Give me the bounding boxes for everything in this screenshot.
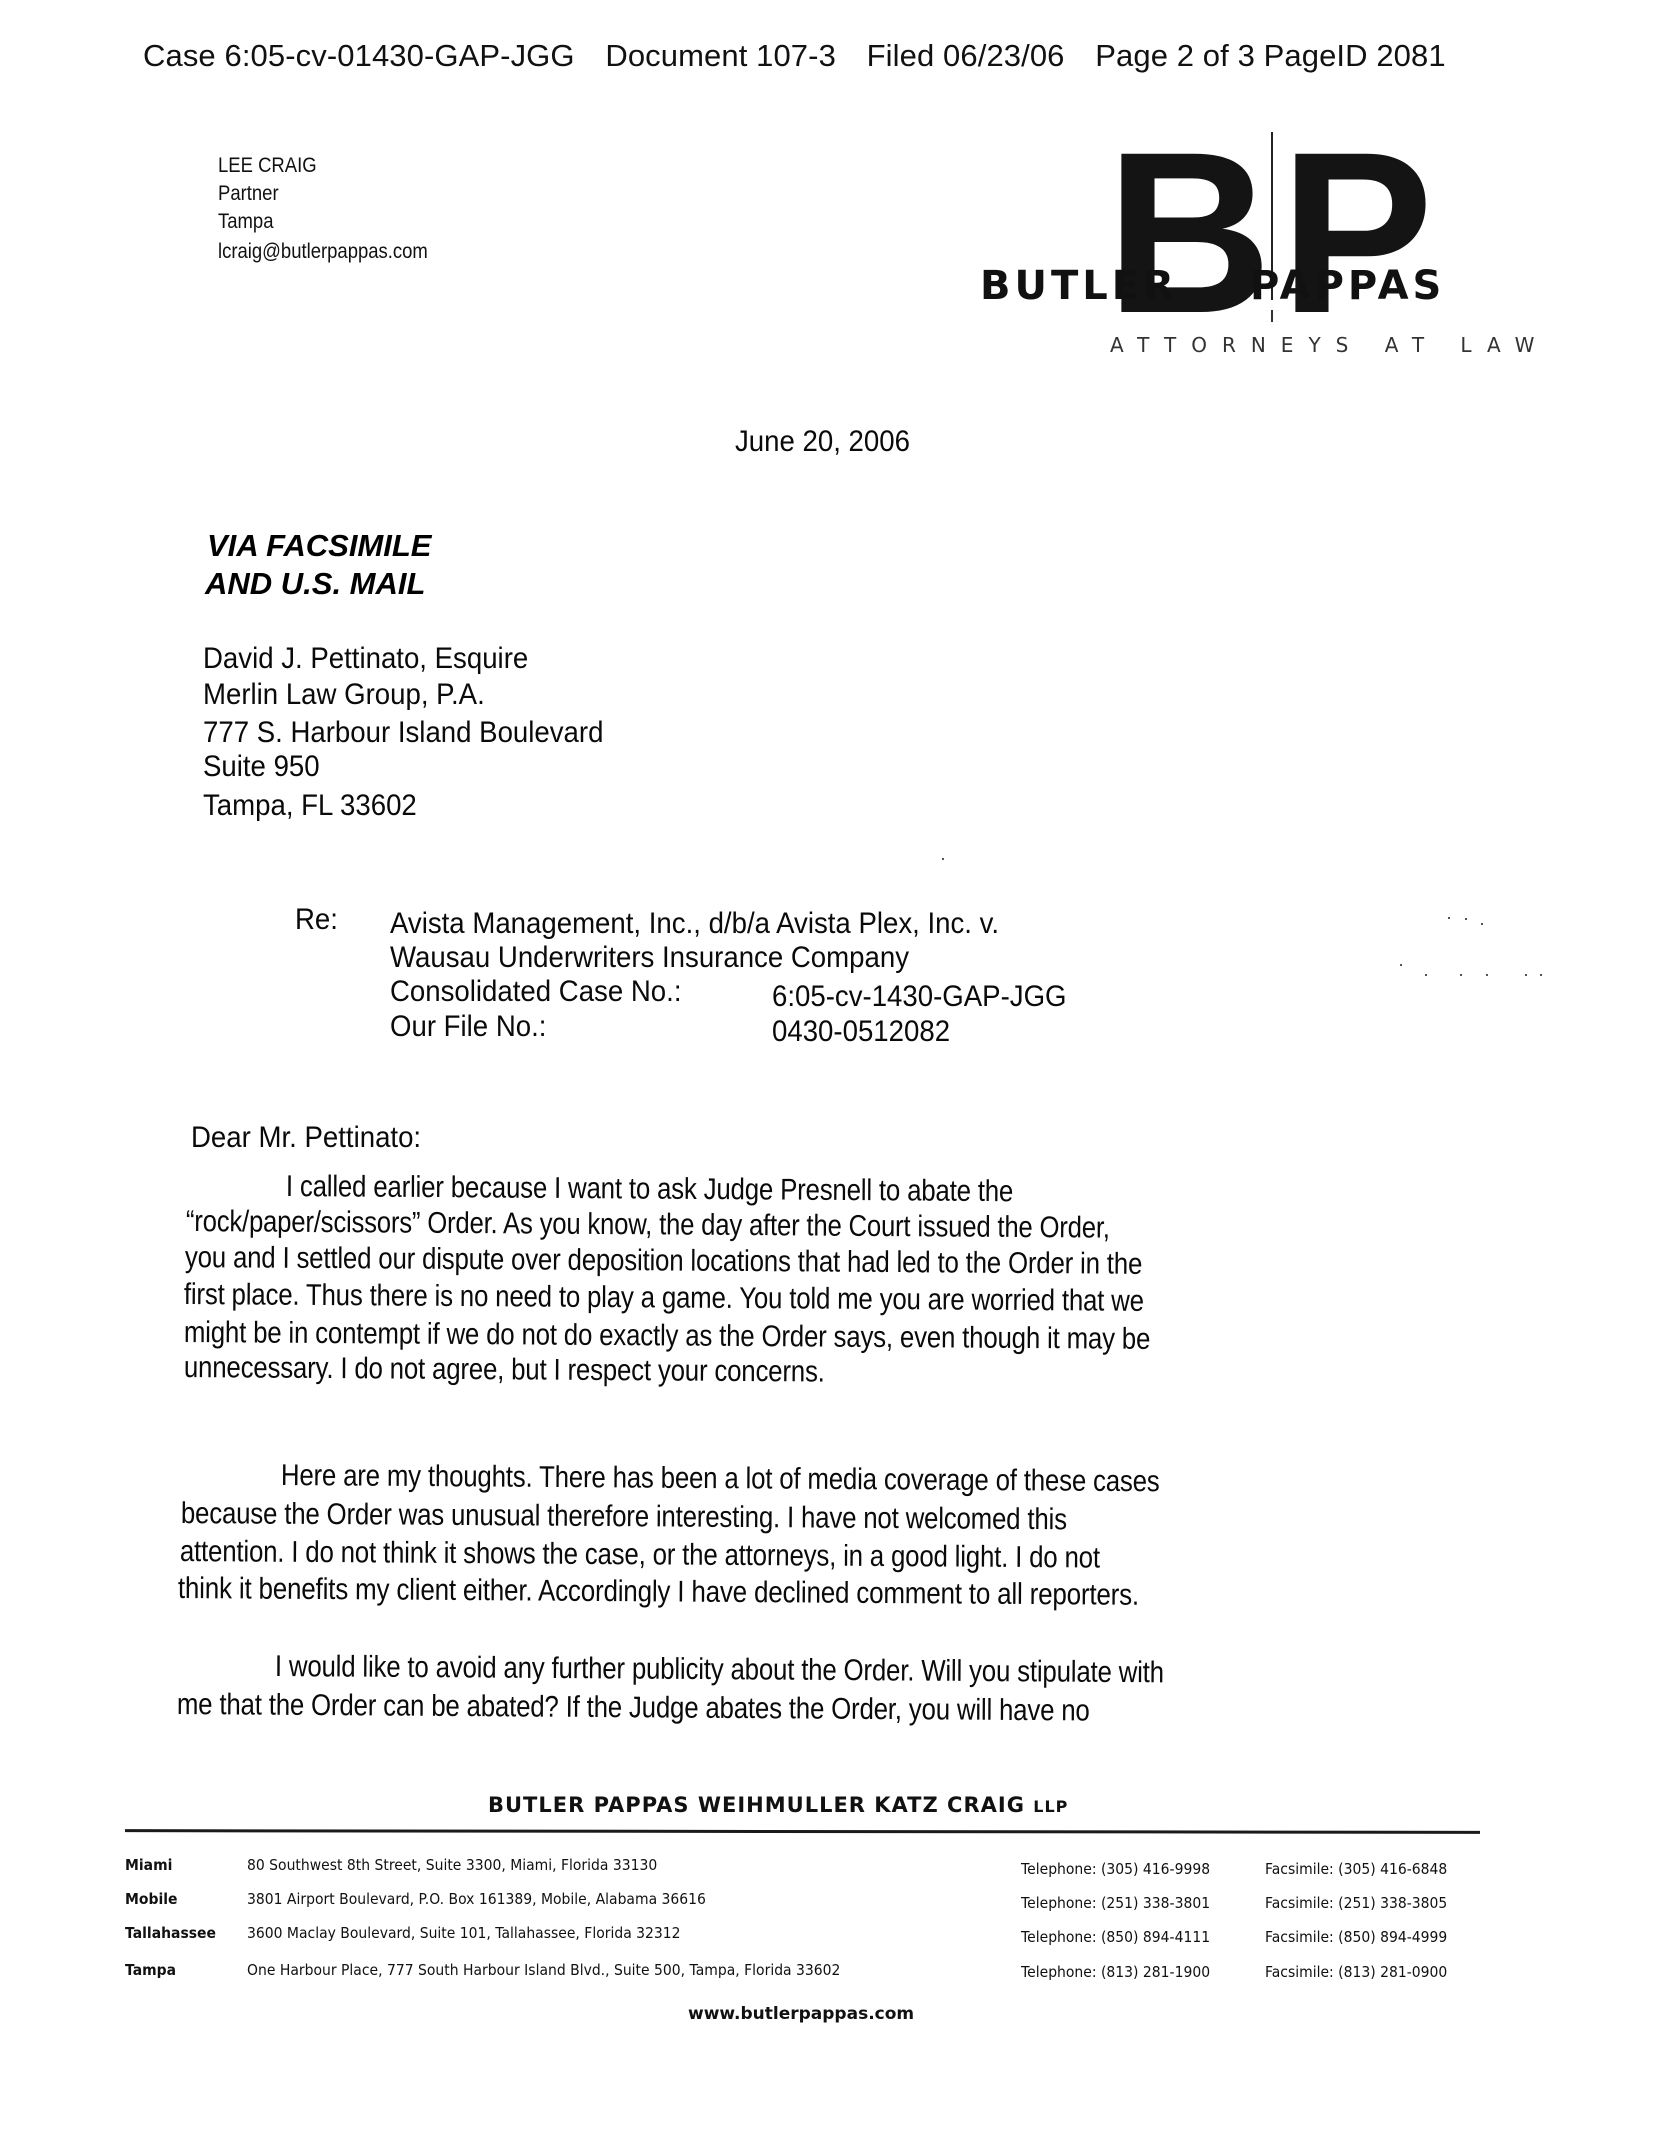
salutation: Dear Mr. Pettinato: xyxy=(191,1121,421,1155)
logo-initial-b: B xyxy=(1106,118,1272,348)
sender-title: Partner xyxy=(218,182,279,206)
delivery-method-1: VIA FACSIMILE xyxy=(207,528,431,564)
logo-word-left-text: BUTLER xyxy=(980,263,1178,309)
file-number-value: 0430-0512082 xyxy=(772,1015,950,1049)
recipient-line: Suite 950 xyxy=(203,750,320,784)
office-city: Miami xyxy=(125,1856,172,1874)
logo-word-left: BUTLER xyxy=(980,263,1178,309)
case-number: Case 6:05-cv-01430-GAP-JGG xyxy=(143,38,575,73)
letter-date: June 20, 2006 xyxy=(735,425,910,459)
paragraph-line: think it benefits my client either. Acco… xyxy=(178,1572,1139,1613)
office-facsimile: Facsimile: (305) 416-6848 xyxy=(1265,1860,1447,1878)
scan-speck xyxy=(1460,974,1462,976)
office-facsimile: Facsimile: (251) 338-3805 xyxy=(1265,1894,1447,1912)
scan-speck xyxy=(1425,974,1427,976)
recipient-line: Merlin Law Group, P.A. xyxy=(203,678,485,712)
footer-firm-name: BUTLER PAPPAS WEIHMULLER KATZ CRAIG LLP xyxy=(488,1793,1068,1817)
office-city: Tampa xyxy=(125,1961,176,1979)
office-address: 80 Southwest 8th Street, Suite 3300, Mia… xyxy=(247,1856,657,1874)
document-number: Document 107-3 xyxy=(605,38,836,73)
scan-speck xyxy=(1525,974,1527,976)
office-facsimile: Facsimile: (813) 281-0900 xyxy=(1265,1963,1447,1981)
firm-name-text: BUTLER PAPPAS WEIHMULLER KATZ CRAIG xyxy=(488,1793,1025,1817)
firm-suffix-text: LLP xyxy=(1033,1797,1068,1816)
sender-office: Tampa xyxy=(218,210,273,234)
paragraph-line: I would like to avoid any further public… xyxy=(275,1650,1164,1690)
footer-divider xyxy=(125,1829,1480,1834)
scan-speck xyxy=(942,858,944,860)
filed-date: Filed 06/23/06 xyxy=(867,38,1065,73)
paragraph-line: “rock/paper/scissors” Order. As you know… xyxy=(186,1205,1110,1246)
court-filing-header: Case 6:05-cv-01430-GAP-JGG Document 107-… xyxy=(143,38,1446,74)
paragraph-line: you and I settled our dispute over depos… xyxy=(185,1241,1142,1282)
office-telephone: Telephone: (305) 416-9998 xyxy=(1021,1860,1210,1878)
logo-word-right: PAPPAS xyxy=(1250,263,1445,309)
firm-website: www.butlerpappas.com xyxy=(688,2004,914,2024)
sender-name: LEE CRAIG xyxy=(218,154,317,178)
office-telephone: Telephone: (813) 281-1900 xyxy=(1021,1963,1210,1981)
paragraph-line: me that the Order can be abated? If the … xyxy=(177,1688,1090,1728)
office-city: Tallahassee xyxy=(125,1924,216,1942)
re-label: Re: xyxy=(295,903,338,937)
logo-divider-tick xyxy=(1271,310,1273,322)
office-facsimile: Facsimile: (850) 894-4999 xyxy=(1265,1928,1447,1946)
office-telephone: Telephone: (251) 338-3801 xyxy=(1021,1894,1210,1912)
scan-speck xyxy=(1448,917,1450,919)
office-telephone: Telephone: (850) 894-4111 xyxy=(1021,1928,1210,1946)
re-parties-line-1: Avista Management, Inc., d/b/a Avista Pl… xyxy=(390,907,999,941)
delivery-method-2: AND U.S. MAIL xyxy=(205,566,425,602)
paragraph-line: attention. I do not think it shows the c… xyxy=(180,1535,1100,1576)
case-number-value: 6:05-cv-1430-GAP-JGG xyxy=(772,980,1067,1014)
scan-speck xyxy=(1465,918,1467,920)
paragraph-line: first place. Thus there is no need to pl… xyxy=(184,1278,1144,1319)
recipient-line: 777 S. Harbour Island Boulevard xyxy=(203,716,603,750)
scan-speck xyxy=(1400,964,1402,966)
office-address: 3801 Airport Boulevard, P.O. Box 161389,… xyxy=(247,1890,706,1908)
re-parties-line-2: Wausau Underwriters Insurance Company xyxy=(390,941,909,975)
office-address: One Harbour Place, 777 South Harbour Isl… xyxy=(247,1961,840,1979)
file-number-label: Our File No.: xyxy=(390,1010,546,1044)
page-info: Page 2 of 3 PageID 2081 xyxy=(1095,38,1445,73)
paragraph-line: Here are my thoughts. There has been a l… xyxy=(281,1459,1160,1499)
office-city: Mobile xyxy=(125,1890,177,1908)
logo-tagline: ATTORNEYS AT LAW xyxy=(1110,333,1549,357)
sender-email: lcraig@butlerpappas.com xyxy=(218,240,428,264)
paragraph-line: might be in contempt if we do not do exa… xyxy=(184,1316,1150,1357)
paragraph-line: because the Order was unusual therefore … xyxy=(181,1497,1067,1537)
paragraph-line: I called earlier because I want to ask J… xyxy=(286,1170,1013,1209)
office-address: 3600 Maclay Boulevard, Suite 101, Tallah… xyxy=(247,1924,681,1942)
scan-speck xyxy=(1486,974,1488,976)
recipient-line: Tampa, FL 33602 xyxy=(203,789,417,823)
scan-speck xyxy=(1481,923,1483,925)
paragraph-line: unnecessary. I do not agree, but I respe… xyxy=(184,1351,825,1390)
logo-word-right-text: PAPPAS xyxy=(1250,263,1445,309)
logo-initial-p: P xyxy=(1280,118,1433,348)
scan-speck xyxy=(1540,974,1542,976)
case-number-label: Consolidated Case No.: xyxy=(390,975,682,1009)
recipient-line: David J. Pettinato, Esquire xyxy=(203,642,528,676)
